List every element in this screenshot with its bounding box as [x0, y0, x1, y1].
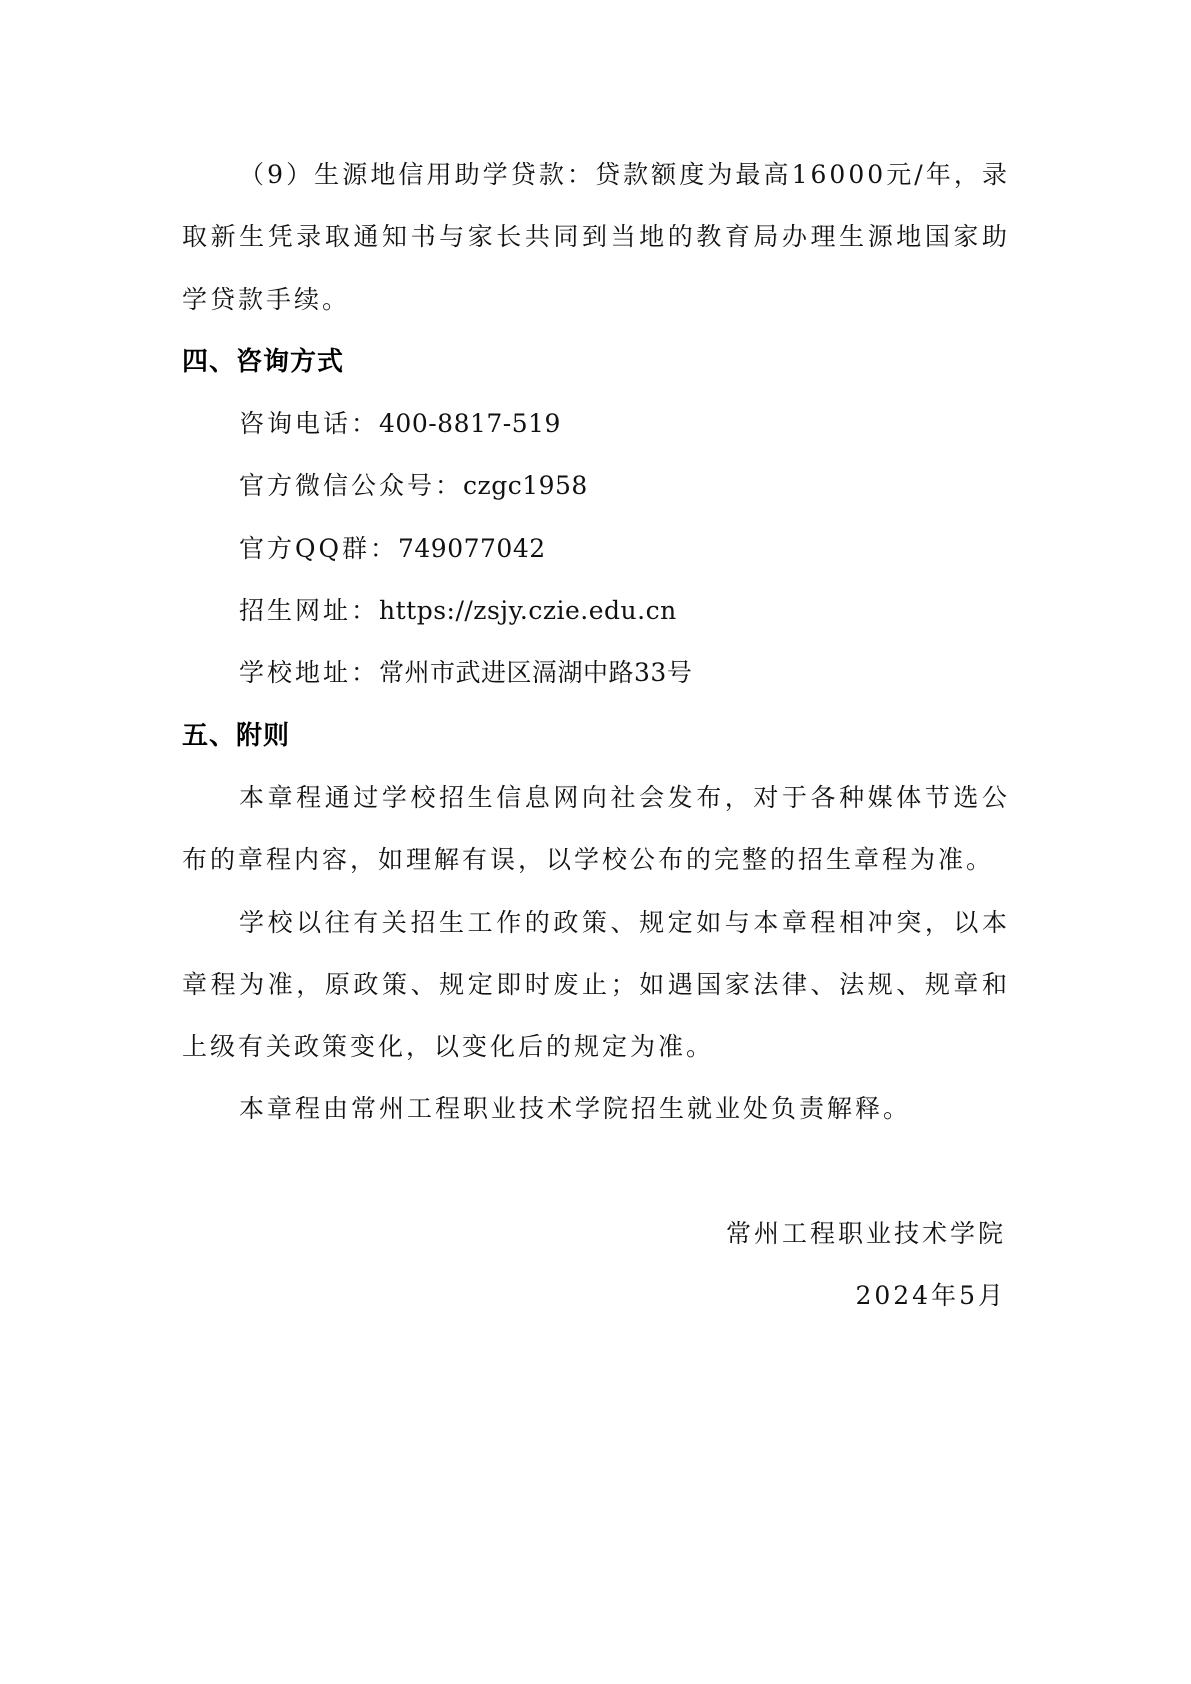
signature-organization: 常州工程职业技术学院	[182, 1203, 1010, 1265]
contact-qq-group: 官方QQ群：749077042	[182, 518, 1010, 580]
contact-value: 749077042	[398, 534, 546, 563]
loan-paragraph: （9）生源地信用助学贷款：贷款额度为最高16000元/年，录取新生凭录取通知书与…	[182, 144, 1010, 331]
contact-label: 学校地址：	[239, 658, 379, 687]
contact-phone: 咨询电话：400-8817-519	[182, 393, 1010, 455]
contact-label: 咨询电话：	[239, 409, 379, 438]
signature-date: 2024年5月	[182, 1265, 1010, 1327]
appendix-paragraph-precedence: 学校以往有关招生工作的政策、规定如与本章程相冲突，以本章程为准，原政策、规定即时…	[182, 892, 1010, 1079]
appendix-paragraph-interpretation: 本章程由常州工程职业技术学院招生就业处负责解释。	[182, 1078, 1010, 1140]
contact-address: 学校地址：常州市武进区滆湖中路33号	[182, 642, 1010, 704]
contact-value: 常州市武进区滆湖中路33号	[379, 658, 692, 687]
document-page: （9）生源地信用助学贷款：贷款额度为最高16000元/年，录取新生凭录取通知书与…	[0, 0, 1191, 1684]
contact-value: czgc1958	[463, 471, 588, 500]
document-body: （9）生源地信用助学贷款：贷款额度为最高16000元/年，录取新生凭录取通知书与…	[182, 144, 1010, 1328]
spacer	[182, 1141, 1010, 1203]
contact-label: 招生网址：	[239, 596, 379, 625]
contact-website-link[interactable]: https://zsjy.czie.edu.cn	[379, 596, 677, 625]
contact-wechat: 官方微信公众号：czgc1958	[182, 455, 1010, 517]
appendix-paragraph-publication: 本章程通过学校招生信息网向社会发布，对于各种媒体节选公布的章程内容，如理解有误，…	[182, 767, 1010, 892]
section-heading-consultation: 四、咨询方式	[182, 331, 1010, 393]
section-heading-appendix: 五、附则	[182, 705, 1010, 767]
contact-website: 招生网址：https://zsjy.czie.edu.cn	[182, 580, 1010, 642]
contact-value: 400-8817-519	[379, 409, 561, 438]
contact-label: 官方微信公众号：	[239, 471, 463, 500]
contact-label: 官方QQ群：	[239, 534, 398, 563]
